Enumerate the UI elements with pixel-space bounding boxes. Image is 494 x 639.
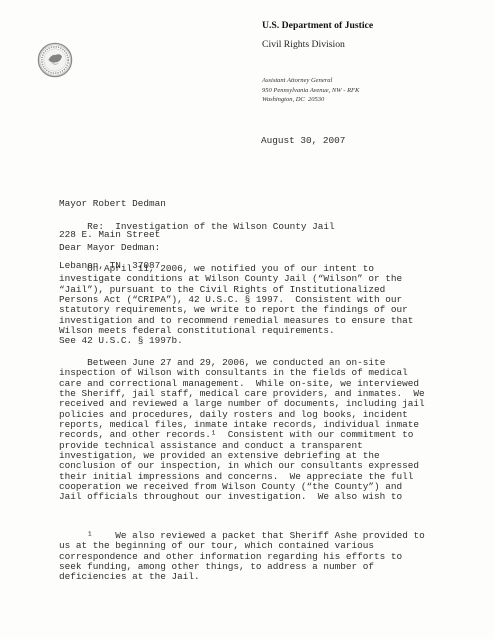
letterhead-office-address: Assistant Attorney General 950 Pennsylva… bbox=[262, 76, 359, 105]
letterhead-division: Civil Rights Division bbox=[262, 39, 345, 50]
recipient-name: Mayor Robert Dedman bbox=[59, 199, 166, 209]
doj-seal-icon bbox=[37, 42, 73, 78]
date-line: August 30, 2007 bbox=[261, 136, 345, 146]
subject-line: Re: Investigation of the Wilson County J… bbox=[59, 222, 335, 232]
letter-page: U.S. Department of Justice Civil Rights … bbox=[0, 0, 494, 639]
body-paragraph-1: On April 11, 2006, we notified you of ou… bbox=[59, 264, 459, 347]
body-paragraph-2: Between June 27 and 29, 2006, we conduct… bbox=[59, 358, 459, 503]
letterhead-agency: U.S. Department of Justice bbox=[262, 20, 373, 31]
salutation: Dear Mayor Dedman: bbox=[59, 243, 160, 253]
footnote: ¹ We also reviewed a packet that Sheriff… bbox=[59, 531, 459, 583]
